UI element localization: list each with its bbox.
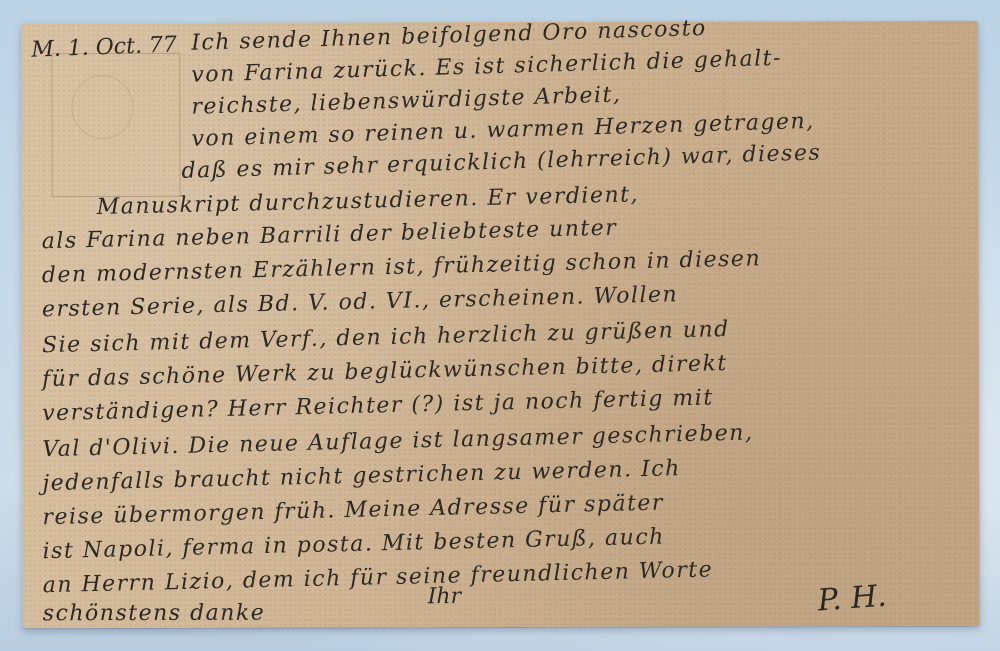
handwritten-line: Sie sich mit dem Verf., den ich herzlich… — [42, 317, 730, 358]
postcard: M. 1. Oct. 77 Ich sende Ihnen beifolgend… — [21, 21, 980, 629]
handwritten-line: für das schöne Werk zu beglückwünschen b… — [42, 351, 728, 392]
handwritten-line: ist Napoli, ferma in posta. Mit besten G… — [42, 525, 665, 565]
handwritten-line: Val d'Olivi. Die neue Auflage ist langsa… — [42, 420, 754, 462]
handwritten-line: reichste, liebenswürdigste Arbeit, — [191, 82, 622, 119]
handwritten-line: ersten Serie, als Bd. V. od. VI., ersche… — [42, 282, 679, 322]
handwritten-line: als Farina neben Barrili der beliebteste… — [41, 216, 617, 255]
handwritten-line: reise übermorgen früh. Meine Adresse für… — [42, 491, 664, 531]
faint-emblem-icon — [71, 75, 133, 139]
handwritten-line: schönstens danke — [43, 601, 266, 627]
signature: P. H. — [817, 579, 888, 619]
handwritten-line: jedenfalls braucht nicht gestrichen zu w… — [42, 456, 681, 496]
handwritten-line: an Herrn Lizio, dem ich für seine freund… — [42, 557, 713, 598]
handwritten-line: verständigen? Herr Reichter (?) ist ja n… — [42, 385, 714, 426]
closing: Ihr — [428, 584, 461, 609]
